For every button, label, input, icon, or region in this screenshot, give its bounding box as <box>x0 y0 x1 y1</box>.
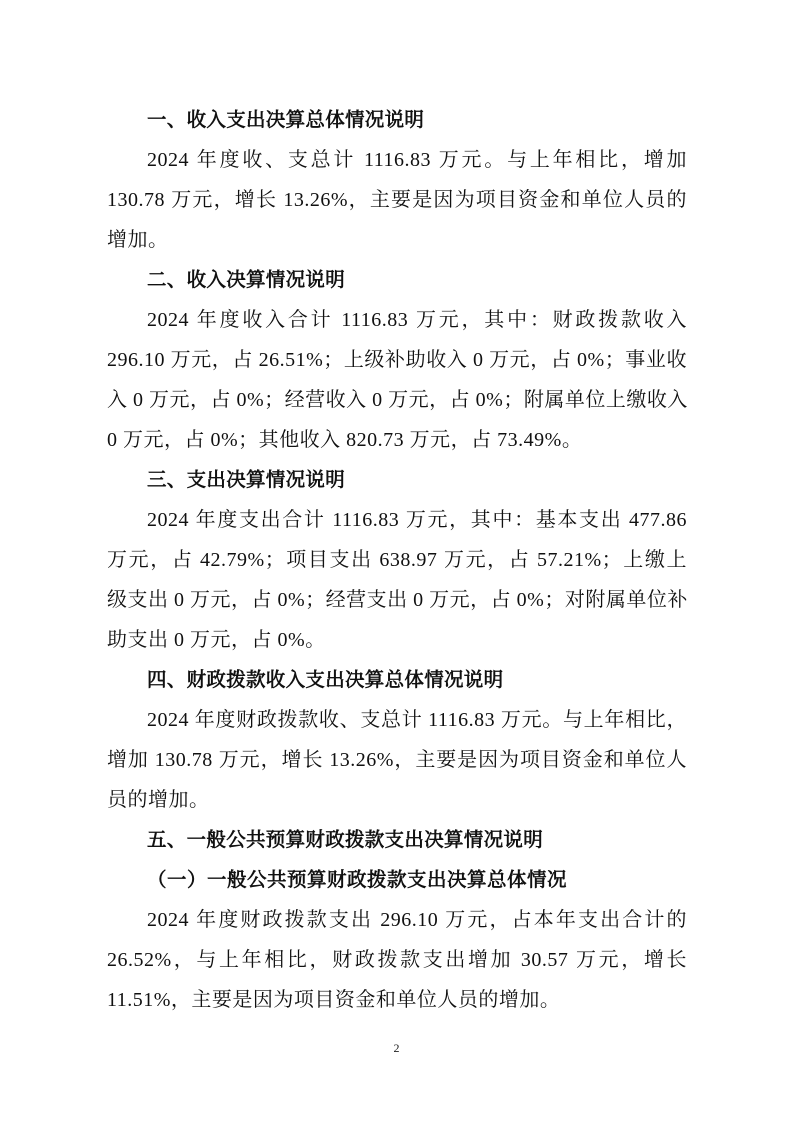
section-heading-2: 二、收入决算情况说明 <box>107 260 687 300</box>
section-heading-1: 一、收入支出决算总体情况说明 <box>107 100 687 140</box>
paragraph-line: 296.10 万元，占 26.51%；上级补助收入 0 万元，占 0%；事业收 <box>107 340 687 380</box>
document-page: 一、收入支出决算总体情况说明 2024 年度收、支总计 1116.83 万元。与… <box>107 100 687 1020</box>
paragraph-line: 26.52%，与上年相比，财政拨款支出增加 30.57 万元，增长 <box>107 940 687 980</box>
subsection-heading-5-1: （一）一般公共预算财政拨款支出决算总体情况 <box>107 860 687 900</box>
paragraph-line: 2024 年度收、支总计 1116.83 万元。与上年相比，增加 <box>107 140 687 180</box>
page-number: 2 <box>0 1041 793 1056</box>
paragraph-line: 11.51%，主要是因为项目资金和单位人员的增加。 <box>107 980 687 1020</box>
paragraph-line: 级支出 0 万元，占 0%；经营支出 0 万元，占 0%；对附属单位补 <box>107 580 687 620</box>
paragraph-line: 2024 年度支出合计 1116.83 万元，其中：基本支出 477.86 <box>107 500 687 540</box>
paragraph-line: 助支出 0 万元，占 0%。 <box>107 620 687 660</box>
paragraph-line: 130.78 万元，增长 13.26%，主要是因为项目资金和单位人员的 <box>107 180 687 220</box>
paragraph-line: 0 万元，占 0%；其他收入 820.73 万元，占 73.49%。 <box>107 420 687 460</box>
paragraph-line: 增加。 <box>107 220 687 260</box>
section-heading-3: 三、支出决算情况说明 <box>107 460 687 500</box>
paragraph-line: 2024 年度收入合计 1116.83 万元，其中：财政拨款收入 <box>107 300 687 340</box>
section-heading-4: 四、财政拨款收入支出决算总体情况说明 <box>107 660 687 700</box>
paragraph-line: 2024 年度财政拨款收、支总计 1116.83 万元。与上年相比， <box>107 700 687 740</box>
paragraph-line: 员的增加。 <box>107 780 687 820</box>
section-heading-5: 五、一般公共预算财政拨款支出决算情况说明 <box>107 820 687 860</box>
paragraph-line: 万元，占 42.79%；项目支出 638.97 万元，占 57.21%；上缴上 <box>107 540 687 580</box>
paragraph-line: 入 0 万元，占 0%；经营收入 0 万元，占 0%；附属单位上缴收入 <box>107 380 687 420</box>
paragraph-line: 2024 年度财政拨款支出 296.10 万元，占本年支出合计的 <box>107 900 687 940</box>
paragraph-line: 增加 130.78 万元，增长 13.26%，主要是因为项目资金和单位人 <box>107 740 687 780</box>
